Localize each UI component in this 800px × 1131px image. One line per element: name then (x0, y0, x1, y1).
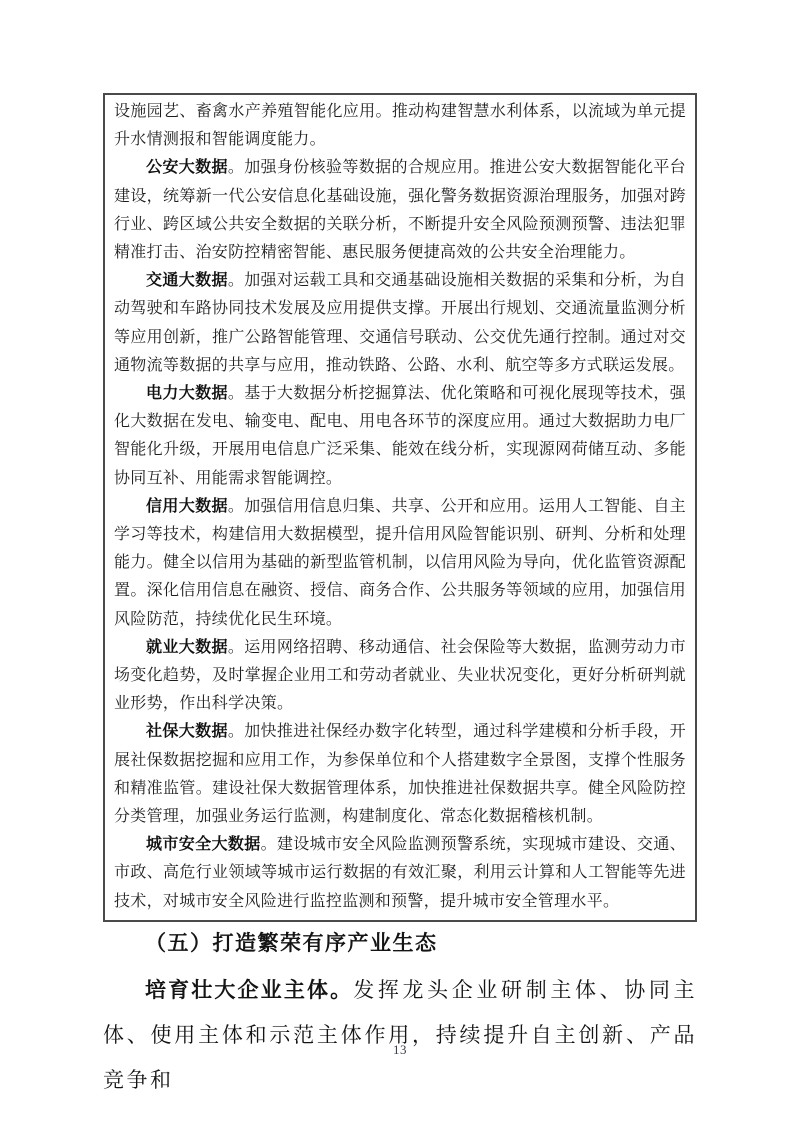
big-data-paragraph: 电力大数据。基于大数据分析挖掘算法、优化策略和可视化展现等技术，强化大数据在发电… (114, 380, 686, 493)
page-number: 13 (0, 1042, 800, 1058)
paragraph-body: 。加强信用信息归集、共享、公开和应用。运用人工智能、自主学习等技术，构建信用大数… (114, 498, 686, 628)
big-data-paragraph: 社保大数据。加快推进社保经办数字化转型，通过科学建模和分析手段，开展社保数据挖掘… (114, 718, 686, 831)
paragraph-term: 公安大数据 (146, 159, 228, 176)
closing-paragraph-lead: 培育壮大企业主体。 (145, 978, 353, 1002)
paragraph-continuation: 设施园艺、畜禽水产养殖智能化应用。推动构建智慧水利体系，以流域为单元提升水情测报… (114, 98, 686, 154)
paragraph-term: 城市安全大数据 (146, 836, 261, 853)
document-page: { "boxed_section": { "continuation": "设施… (0, 0, 800, 1131)
paragraph-term: 电力大数据 (146, 385, 228, 402)
paragraph-term: 就业大数据 (146, 639, 228, 656)
big-data-paragraph: 公安大数据。加强身份核验等数据的合规应用。推进公安大数据智能化平台建设，统筹新一… (114, 154, 686, 267)
boxed-text-section: 设施园艺、畜禽水产养殖智能化应用。推动构建智慧水利体系，以流域为单元提升水情测报… (103, 93, 697, 922)
big-data-paragraph-list: 公安大数据。加强身份核验等数据的合规应用。推进公安大数据智能化平台建设，统筹新一… (114, 154, 686, 915)
paragraph-term: 信用大数据 (146, 498, 228, 515)
paragraph-term: 社保大数据 (146, 723, 228, 740)
big-data-paragraph: 城市安全大数据。建设城市安全风险监测预警系统，实现城市建设、交通、市政、高危行业… (114, 831, 686, 916)
big-data-paragraph: 信用大数据。加强信用信息归集、共享、公开和应用。运用人工智能、自主学习等技术，构… (114, 493, 686, 634)
lower-section: （五）打造繁荣有序产业生态 培育壮大企业主体。发挥龙头企业研制主体、协同主体、使… (103, 924, 697, 1103)
closing-paragraph: 培育壮大企业主体。发挥龙头企业研制主体、协同主体、使用主体和示范主体作用，持续提… (103, 968, 697, 1103)
big-data-paragraph: 就业大数据。运用网络招聘、移动通信、社会保险等大数据，监测劳动力市场变化趋势，及… (114, 634, 686, 719)
paragraph-term: 交通大数据 (146, 272, 228, 289)
big-data-paragraph: 交通大数据。加强对运载工具和交通基础设施相关数据的采集和分析，为自动驾驶和车路协… (114, 267, 686, 380)
section-heading: （五）打造繁荣有序产业生态 (103, 924, 697, 962)
